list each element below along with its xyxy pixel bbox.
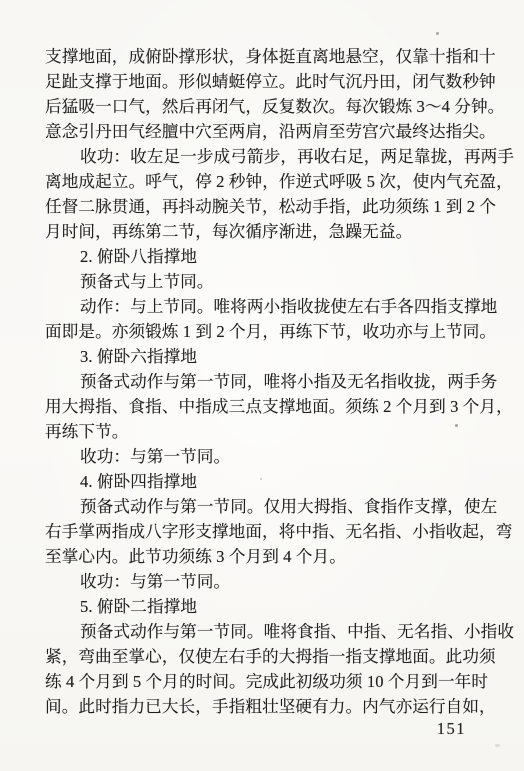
- text-line: 意念引丹田气经膻中穴至两肩，沿两肩至劳宫穴最终达指尖。: [45, 119, 500, 144]
- section-heading: 4. 俯卧四指撑地: [45, 469, 500, 494]
- text-line: 预备式动作与第一节同。仅用大拇指、食指作支撑，使左: [45, 494, 500, 519]
- text-line: 用大拇指、食指、中指成三点支撑地面。须练 2 个月到 3 个月，: [45, 394, 500, 419]
- scan-speck: [455, 424, 458, 427]
- text-line: 练 4 个月到 5 个月的时间。完成此初级功须 10 个月到一年时: [45, 669, 500, 694]
- text-line: 右手掌两指成八字形支撑地面，将中指、无名指、小指收起，弯: [45, 519, 500, 544]
- section-heading: 2. 俯卧八指撑地: [45, 244, 500, 269]
- section-heading: 3. 俯卧六指撑地: [45, 344, 500, 369]
- text-line: 足趾支撑于地面。形似蜻蜓停立。此时气沉丹田，闭气数秒钟: [45, 69, 500, 94]
- text-line: 收功：收左足一步成弓箭步，再收右足，两足靠拢，再两手: [45, 144, 500, 169]
- book-page: 支撑地面，成俯卧撑形状，身体挺直离地悬空，仅靠十指和十足趾支撑于地面。形似蜻蜓停…: [0, 0, 524, 771]
- text-line: 预备式动作与第一节同。唯将食指、中指、无名指、小指收: [45, 619, 500, 644]
- text-line: 任督二脉贯通，再抖动腕关节，松动手指，此功须练 1 到 2 个: [45, 194, 500, 219]
- scan-speck: [495, 744, 500, 747]
- text-line: 收功：与第一节同。: [45, 444, 500, 469]
- text-line: 离地成起立。呼气，停 2 秒钟，作逆式呼吸 5 次，使内气充盈，: [45, 169, 500, 194]
- section-heading: 5. 俯卧二指撑地: [45, 594, 500, 619]
- text-line: 收功：与第一节同。: [45, 569, 500, 594]
- body-text: 支撑地面，成俯卧撑形状，身体挺直离地悬空，仅靠十指和十足趾支撑于地面。形似蜻蜓停…: [45, 44, 500, 719]
- scan-speck: [260, 478, 262, 480]
- text-line: 后猛吸一口气，然后再闭气，反复数次。每次锻炼 3～4 分钟。: [45, 94, 500, 119]
- text-line: 至掌心内。此节功须练 3 个月到 4 个月。: [45, 544, 500, 569]
- page-number: 151: [437, 719, 466, 739]
- text-line: 动作：与上节同。唯将两小指收拢使左右手各四指支撑地: [45, 294, 500, 319]
- text-line: 支撑地面，成俯卧撑形状，身体挺直离地悬空，仅靠十指和十: [45, 44, 500, 69]
- text-line: 再练下节。: [45, 419, 500, 444]
- text-line: 月时间，再练第二节，每次循序渐进，急躁无益。: [45, 219, 500, 244]
- scan-speck: [436, 32, 439, 35]
- text-line: 面即是。亦须锻炼 1 到 2 个月，再练下节，收功亦与上节同。: [45, 319, 500, 344]
- text-line: 预备式动作与第一节同，唯将小指及无名指收拢，两手务: [45, 369, 500, 394]
- text-line: 预备式与上节同。: [45, 269, 500, 294]
- text-line: 紧，弯曲至掌心，仅使左右手的大拇指一指支撑地面。此功须: [45, 644, 500, 669]
- text-line: 间。此时指力已大长，手指粗壮坚硬有力。内气亦运行自如，: [45, 694, 500, 719]
